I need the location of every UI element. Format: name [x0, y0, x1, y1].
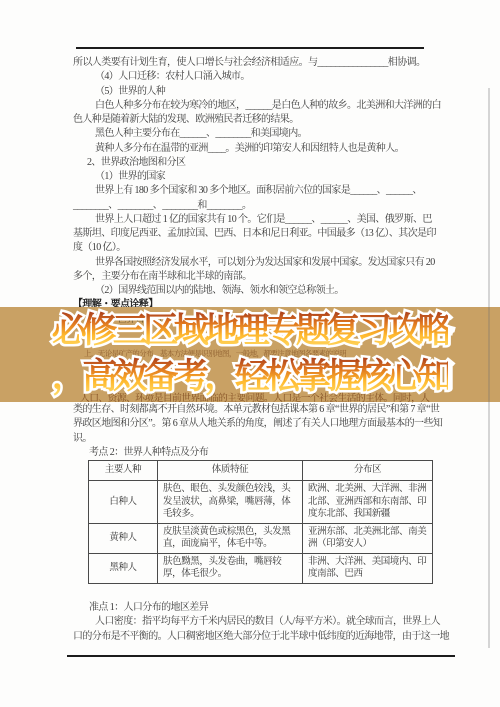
text-line: 基斯坦、印度尼西亚、孟加拉国、巴西、日本和尼日利亚。中国最多（13 亿）、其次是…: [73, 227, 443, 241]
text-line: 所以人类要有计划生育，使人口增长与社会经济相适应。与______________…: [73, 56, 443, 70]
text-line: 类的生存、时刻都离不开自然环境。本单元教材包括课本第 6 章“世界的居民”和第 …: [73, 403, 443, 417]
text-line: （2）国界线范围以内的陆地、领海、领水和领空总称领土。: [73, 284, 443, 298]
text-line: 黄种人多分布在温带的亚洲____。美洲的印第安人和因纽特人也是黄种人。: [73, 142, 443, 156]
text-line: 考点 2：世界人种特点及分布: [73, 446, 443, 460]
text-line: 口的分布是不平衡的。人口稠密地区绝大部分位于北半球中低纬度的近海地带，由于这一地: [73, 630, 443, 644]
table-header-cell: 主要人种: [89, 461, 158, 481]
distribution-cell: 非洲、大洋洲、美国境内、印度南部、巴西: [303, 553, 433, 583]
promo-banner: 考点1：世界自然资源 上．无论是矿产的分布，基本方法便是识别地图，一般地，都要注…: [0, 307, 500, 402]
table-header-cell: 体质特征: [158, 461, 303, 481]
top-horizontal-rule: [76, 47, 424, 49]
text-line: 白色人种多分布在较为寒冷的地区，______是白色人种的故乡。北美洲和大洋洲的白: [73, 99, 443, 113]
text-line: 界政区地图和分区”。第 6 章从人地关系的角度，阐述了有关人口地理方面最基本的一…: [73, 417, 443, 431]
distribution-cell: 亚洲东部、北美洲北部、南美洲（印第安人）: [303, 523, 433, 553]
banner-title-line-2: ，高效备考，轻松掌握核心知 ，高效备考，轻松掌握核心知: [0, 358, 500, 396]
table-row: 黑种人肤色黝黑，头发卷曲，嘴唇较厚，体毛很少。非洲、大洋洲、美国境内、印度南部、…: [89, 553, 433, 583]
table-body: 白种人肤色、眼色、头发颜色较浅，头发呈波状，高鼻梁，嘴唇薄，体毛较多。欧洲、北美…: [89, 481, 433, 584]
bottom-horizontal-rule: [67, 655, 455, 657]
table-row: 黄种人皮肤呈淡黄色或棕黑色，头发黑直，面庞扁平，体毛中等。亚洲东部、北美洲北部、…: [89, 523, 433, 553]
text-line: 多个，主要分布在南半球和北半球的南部。: [73, 270, 443, 284]
trait-cell: 肤色黝黑，头发卷曲，嘴唇较厚，体毛很少。: [158, 553, 303, 583]
trait-cell: 皮肤呈淡黄色或棕黑色，头发黑直，面庞扁平，体毛中等。: [158, 523, 303, 553]
text-line: （1）世界的国家: [73, 170, 443, 184]
text-line: 准点 1：人口分布的地区差异: [73, 601, 443, 615]
text-line: 识。: [73, 432, 443, 446]
distribution-cell: 欧洲、北美洲、大洋洲、非洲北部、亚洲西部和东南部、印度东北部、我国新疆: [303, 481, 433, 524]
trait-cell: 肤色、眼色、头发颜色较浅，头发呈波状，高鼻梁，嘴唇薄，体毛较多。: [158, 481, 303, 524]
text-line: 世界各国按照经济发展水平，可以划分为发达国家和发展中国家。发达国家只有 20: [73, 256, 443, 270]
text-line: （5）世界的人种: [73, 85, 443, 99]
race-distribution-table: 主要人种体质特征分布区 白种人肤色、眼色、头发颜色较浅，头发呈波状，高鼻梁，嘴唇…: [88, 460, 433, 584]
banner-title-line-1: 必修三区域地理专题复习攻略 必修三区域地理专题复习攻略: [0, 312, 500, 350]
text-line: 2、世界政治地图和分区: [73, 156, 443, 170]
text-line: 黑色人种主要分布在______、________和美国境内。: [73, 127, 443, 141]
race-name-cell: 黄种人: [89, 523, 158, 553]
banner-title-fill: ，高效备考，轻松掌握核心知: [52, 357, 449, 396]
text-line: （4）人口迁移：农村人口涌入城市。: [73, 70, 443, 84]
text-line: 度（10 亿）。: [73, 241, 443, 255]
table-header-row: 主要人种体质特征分布区: [89, 461, 433, 481]
table-row: 白种人肤色、眼色、头发颜色较浅，头发呈波状，高鼻梁，嘴唇薄，体毛较多。欧洲、北美…: [89, 481, 433, 524]
text-line: 世界上人口超过 1 亿的国家共有 10 个。它们是______、______、美…: [73, 213, 443, 227]
race-name-cell: 白种人: [89, 481, 158, 524]
text-line: 色人种是随着新大陆的发现、欧洲殖民者迁移的结果。: [73, 113, 443, 127]
race-name-cell: 黑种人: [89, 553, 158, 583]
banner-title-fill: 必修三区域地理专题复习攻略: [52, 311, 449, 350]
paragraph-block-top: 所以人类要有计划生育，使人口增长与社会经济相适应。与______________…: [73, 56, 443, 313]
table-header-cell: 分布区: [303, 461, 433, 481]
paragraph-block-bottom: 准点 1：人口分布的地区差异人口密度：指平均每平方千米内居民的数目（人/每平方米…: [73, 601, 443, 644]
paragraph-block-mid: 类的生存、时刻都离不开自然环境。本单元教材包括课本第 6 章“世界的居民”和第 …: [73, 403, 443, 460]
text-line: 世界上有 180 多个国家和 30 多个地区。面积居前六位的国家是______、…: [73, 184, 443, 198]
text-line: ________、________、________和________。: [73, 199, 443, 213]
document-page: 所以人类要有计划生育，使人口增长与社会经济相适应。与______________…: [0, 0, 500, 707]
text-line: 人口密度：指平均每平方千米内居民的数目（人/每平方米）。就全球而言，世界上人: [73, 615, 443, 629]
